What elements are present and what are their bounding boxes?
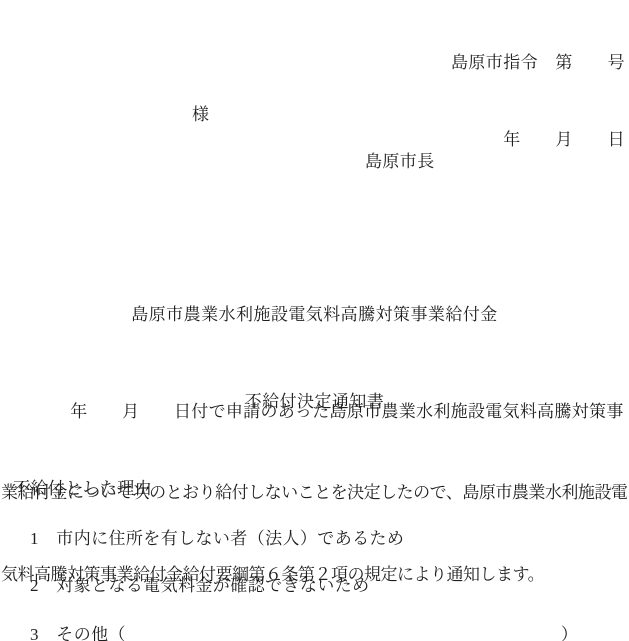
sender-name: 島原市長: [365, 147, 435, 172]
reasons-heading: 不給付とした理由: [13, 474, 152, 499]
reason-item-1: 1 市内に住所を有しない者（法人）であるため: [30, 524, 404, 549]
document-page: 島原市指令 第 号 年 月 日 様 島原市長 島原市農業水利施設電気料高騰対策事…: [0, 0, 629, 641]
reason-item-3: 3 その他（ ）: [30, 620, 578, 641]
document-title-line1: 島原市農業水利施設電気料高騰対策事業給付金: [0, 300, 629, 329]
reason-item-2: 2 対象となる電気料金が確認できないため: [30, 571, 370, 596]
directive-number-block: 島原市指令 第 号 年 月 日: [451, 0, 625, 203]
directive-number-line: 島原市指令 第 号: [451, 50, 625, 76]
body-line-1: 年 月 日付で申請のあった島原市農業水利施設電気料高騰対策事: [1, 398, 627, 425]
addressee-honorific: 様: [192, 100, 209, 125]
issue-date-line: 年 月 日: [451, 127, 625, 153]
